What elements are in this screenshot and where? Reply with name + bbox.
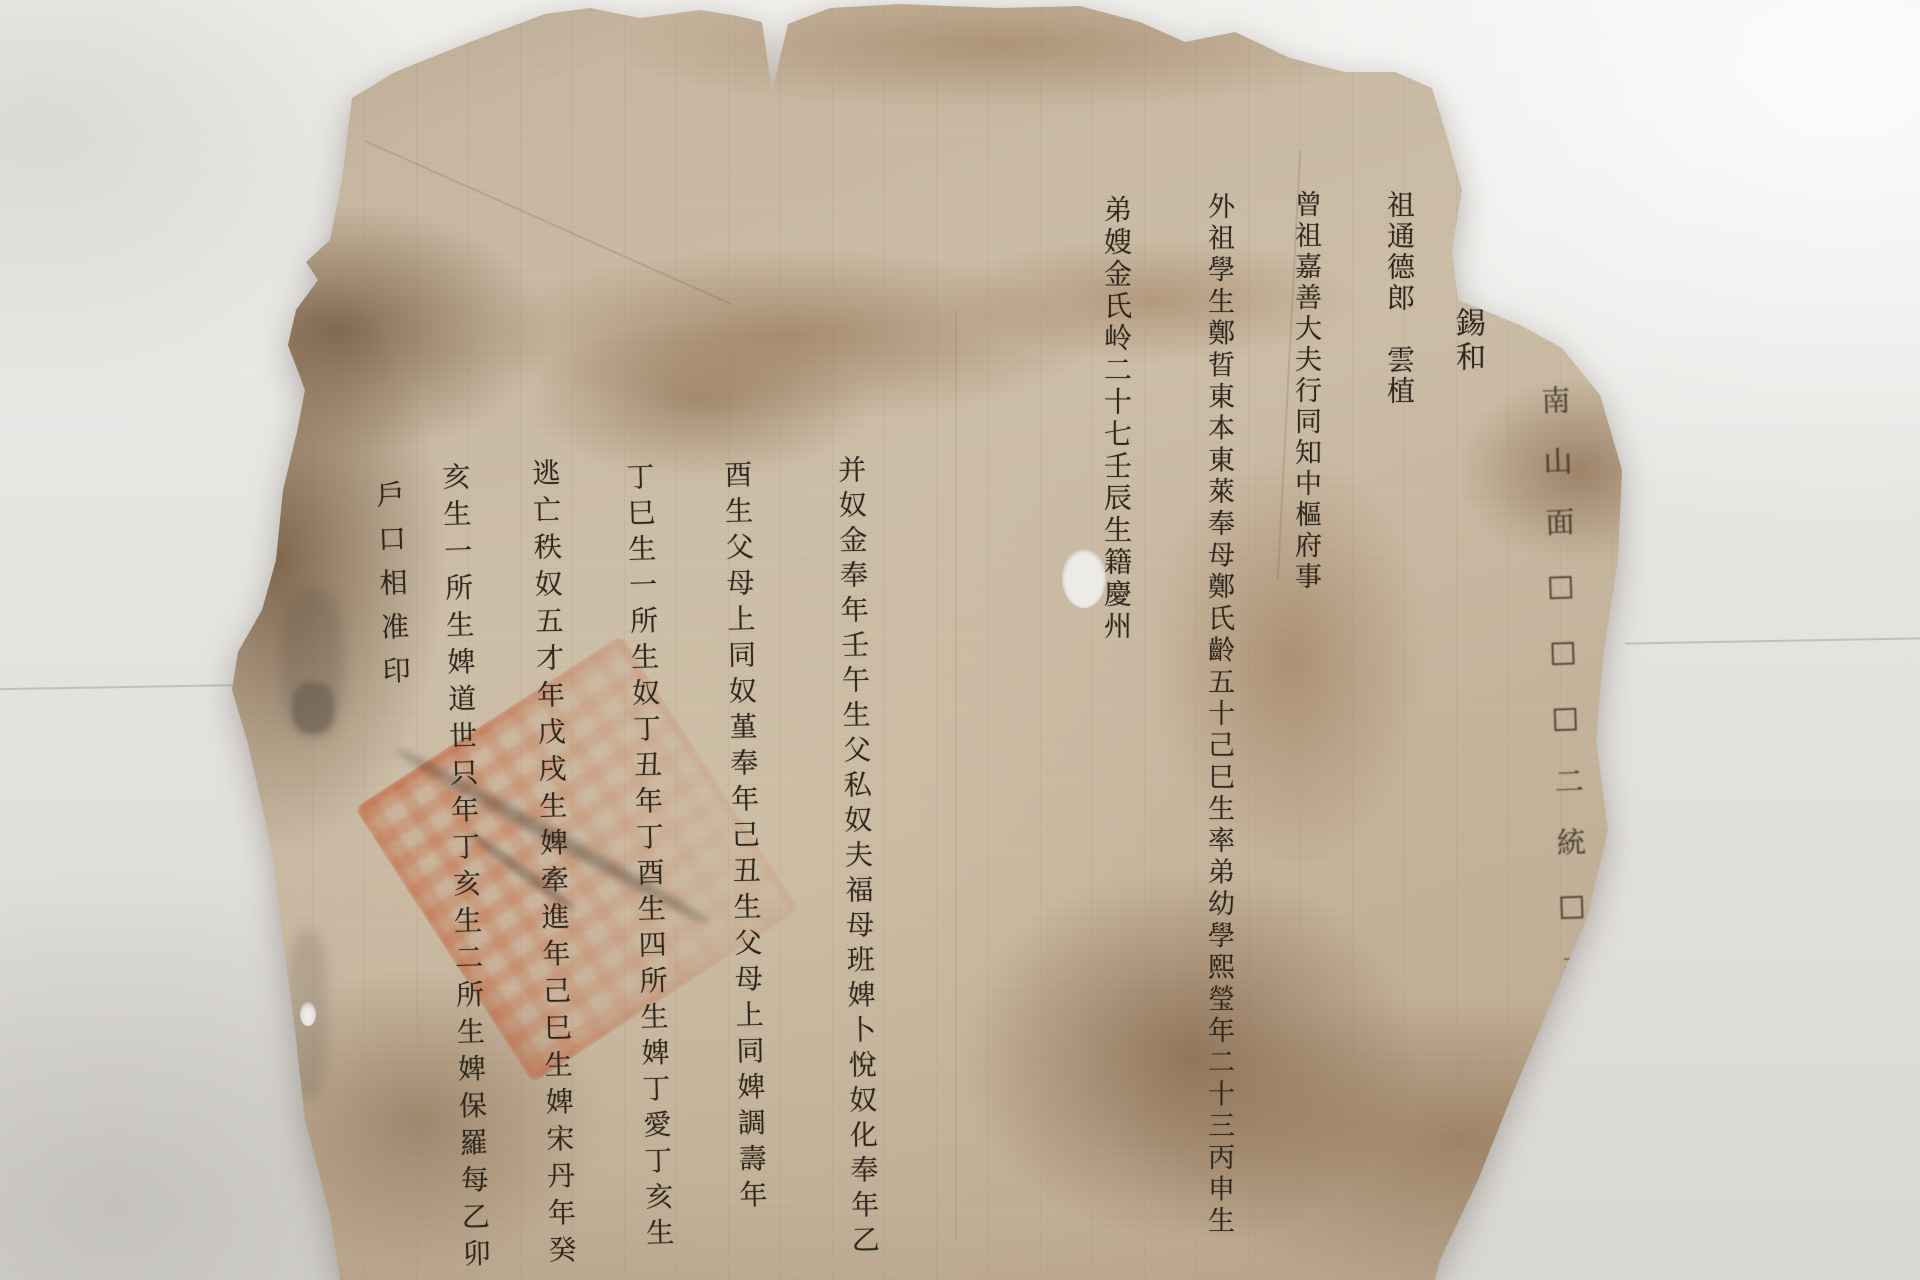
paper-hole [287, 262, 309, 300]
paper-crease [955, 310, 957, 1240]
document-paper-wrap: 南山面□□□二統□五戶□ 學生 錫和 祖通德郎 雲植 曾祖嘉善大夫行同知中樞府事… [0, 0, 1920, 1280]
paper-hole [300, 1002, 316, 1026]
column-great-grandfather: 曾祖嘉善大夫行同知中樞府事 [1292, 190, 1319, 593]
ink-bleed-ghost [292, 682, 334, 734]
paper-sheet: 南山面□□□二統□五戶□ 學生 錫和 祖通德郎 雲植 曾祖嘉善大夫行同知中樞府事… [0, 0, 1920, 1280]
column-maternal-grandfather: 外祖學生鄭晢東本東萊奉母鄭氏齡五十己巳生率弟幼學熙瑩年二十三丙申生 [1205, 192, 1232, 1238]
column-grandfather: 祖通德郎 雲植 [1385, 190, 1413, 407]
column-verification-note: 戶口相准印 [374, 480, 410, 701]
column-sister-in-law: 弟嫂金氏岭二十七壬辰生籍慶州 [1102, 195, 1130, 643]
column-student-name: 學生 錫和 [1452, 205, 1482, 375]
